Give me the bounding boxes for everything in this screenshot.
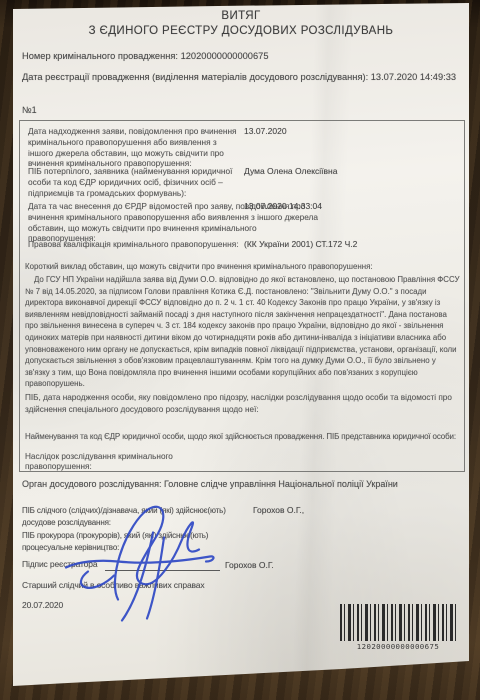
outcome-label: Наслідок розслідування кримінального пра… (25, 452, 225, 473)
field-value: (КК України 2001) СТ.172 Ч.2 (244, 239, 357, 249)
prosecutor-label: ПІБ прокурора (прокурорів), який (які) з… (22, 530, 257, 553)
registrar-name: Горохов О.Г. (225, 560, 274, 570)
case-number-value: 12020000000000675 (181, 51, 269, 61)
barcode-bars-icon (340, 604, 456, 641)
case-number-line: Номер кримінального провадження: 1202000… (22, 51, 269, 61)
document-date: 20.07.2020 (22, 600, 63, 612)
case-number-label: Номер кримінального провадження: (22, 51, 178, 61)
registration-date-label: Дата реєстрації провадження (виділення м… (22, 72, 368, 82)
summary-label: Короткий виклад обставин, що можуть свід… (25, 261, 461, 273)
signature-line (105, 561, 220, 571)
suspect-label: ПІБ, дата народження особи, яку повідомл… (25, 392, 461, 415)
field-label: Дата надходження заяви, повідомлення про… (28, 126, 243, 169)
record-number: №1 (22, 105, 37, 115)
barcode: 12020000000000675 (340, 604, 456, 652)
case-details-table: Дата надходження заяви, повідомлення про… (19, 120, 465, 472)
summary-text: До ГСУ НП України надійшла заява від Дум… (25, 274, 461, 390)
registrar-signature-label: Підпис реєстратора (22, 559, 97, 571)
document-title-line1: ВИТЯГ (13, 10, 469, 22)
barcode-number: 12020000000000675 (340, 642, 456, 651)
investigation-body-value: Головне слідче управління Національної п… (164, 479, 398, 489)
registrar-position: Старший слідчий в особливо важливих спра… (22, 580, 204, 592)
investigator-name: Горохов О.Г., (253, 505, 304, 515)
field-label: Правова кваліфікація кримінального право… (28, 239, 243, 250)
legal-entity-label: Найменування та код ЄДР юридичної особи,… (25, 431, 465, 443)
registration-date-line: Дата реєстрації провадження (виділення м… (22, 71, 458, 85)
field-label: ПІБ потерпілого, заявника (найменування … (28, 166, 253, 198)
field-value: 13.07.2020 (244, 126, 287, 136)
investigator-label: ПІБ слідчого (слідчих)/дізнавача, який (… (22, 505, 257, 528)
investigation-body-line: Орган досудового розслідування: Головне … (22, 479, 398, 489)
photo-background: ВИТЯГ З ЄДИНОГО РЕЄСТРУ ДОСУДОВИХ РОЗСЛІ… (0, 0, 480, 700)
field-value: 13.07.2020 14:33:04 (244, 201, 322, 211)
investigation-body-label: Орган досудового розслідування: (22, 479, 162, 489)
document-title-line2: З ЄДИНОГО РЕЄСТРУ ДОСУДОВИХ РОЗСЛІДУВАНЬ (13, 25, 469, 37)
registration-date-value: 13.07.2020 14:49:33 (371, 72, 456, 82)
document-page: ВИТЯГ З ЄДИНОГО РЕЄСТРУ ДОСУДОВИХ РОЗСЛІ… (13, 3, 469, 687)
field-value: Дума Олена Олексіївна (244, 166, 337, 176)
